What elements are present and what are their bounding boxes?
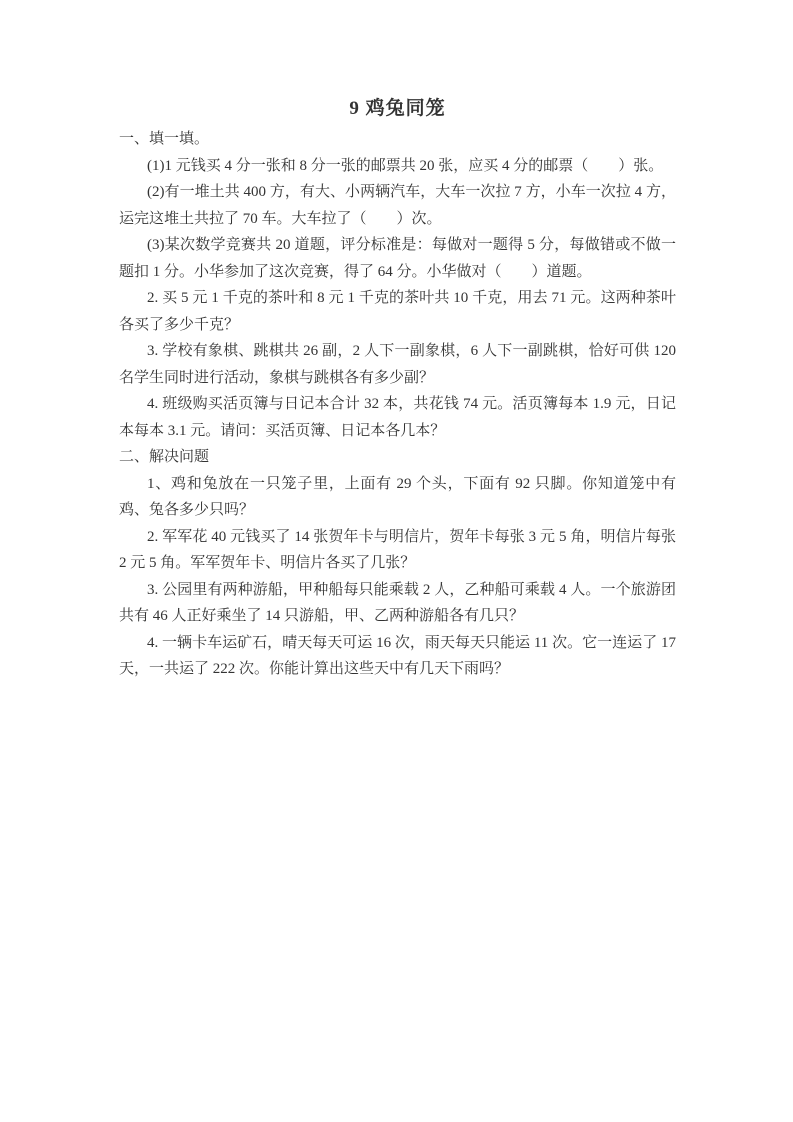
section-1-problem-2: 2. 买 5 元 1 千克的茶叶和 8 元 1 千克的茶叶共 10 千克，用去 …: [119, 285, 676, 338]
section-2-problem-4: 4. 一辆卡车运矿石，晴天每天可运 16 次，雨天每天只能运 11 次。它一连运…: [119, 630, 676, 683]
section-1-fill-blank-1: (1)1 元钱买 4 分一张和 8 分一张的邮票共 20 张，应买 4 分的邮票…: [119, 153, 676, 180]
section-1-problem-3: 3. 学校有象棋、跳棋共 26 副，2 人下一副象棋，6 人下一副跳棋，恰好可供…: [119, 338, 676, 391]
section-1-fill-blank-2: (2)有一堆土共 400 方，有大、小两辆汽车，大车一次拉 7 方，小车一次拉 …: [119, 179, 676, 232]
worksheet-content: 9 鸡兔同笼 一、填一填。 (1)1 元钱买 4 分一张和 8 分一张的邮票共 …: [119, 95, 676, 683]
section-2-heading: 二、解决问题: [119, 444, 676, 471]
section-1-problem-4: 4. 班级购买活页簿与日记本合计 32 本，共花钱 74 元。活页簿每本 1.9…: [119, 391, 676, 444]
worksheet-body: 一、填一填。 (1)1 元钱买 4 分一张和 8 分一张的邮票共 20 张，应买…: [119, 126, 676, 683]
worksheet-page: 9 鸡兔同笼 一、填一填。 (1)1 元钱买 4 分一张和 8 分一张的邮票共 …: [0, 0, 793, 1122]
section-2-problem-3: 3. 公园里有两种游船，甲种船每只能乘载 2 人，乙种船可乘载 4 人。一个旅游…: [119, 577, 676, 630]
worksheet-title: 9 鸡兔同笼: [119, 95, 676, 123]
section-1-fill-blank-3: (3)某次数学竞赛共 20 道题，评分标准是：每做对一题得 5 分，每做错或不做…: [119, 232, 676, 285]
section-2-problem-2: 2. 军军花 40 元钱买了 14 张贺年卡与明信片，贺年卡每张 3 元 5 角…: [119, 524, 676, 577]
section-1-heading: 一、填一填。: [119, 126, 676, 153]
section-2-problem-1: 1、鸡和兔放在一只笼子里，上面有 29 个头，下面有 92 只脚。你知道笼中有鸡…: [119, 471, 676, 524]
